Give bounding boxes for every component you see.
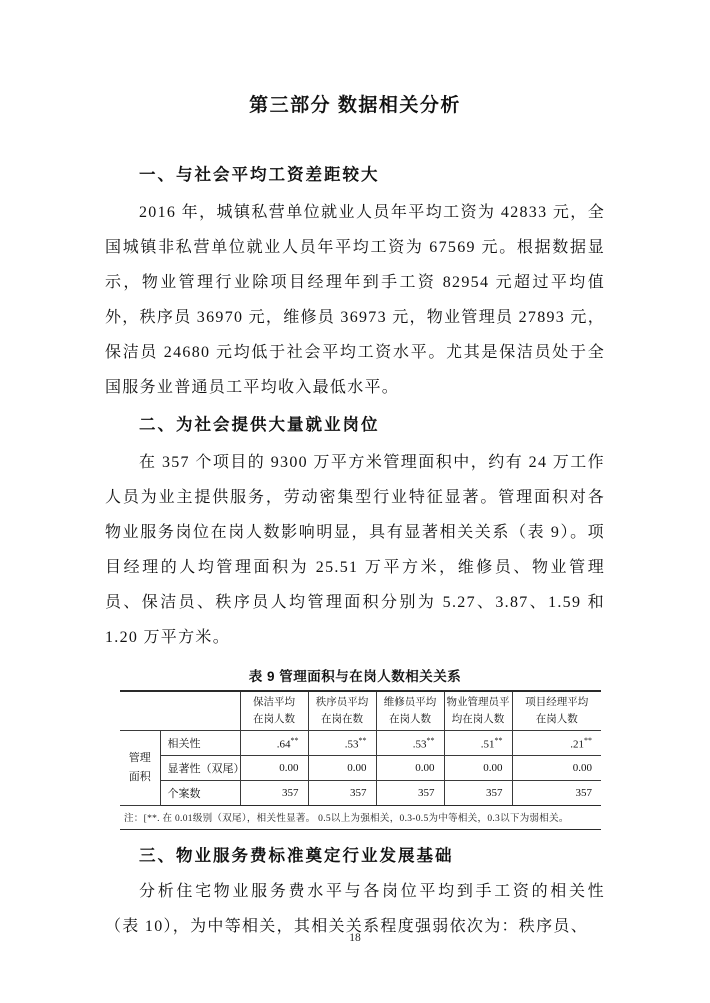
cell-value: .53** (376, 731, 444, 756)
section-1-paragraph: 2016 年，城镇私营单位就业人员年平均工资为 42833 元，全国城镇非私营单… (105, 195, 605, 405)
cell-value: 357 (376, 781, 444, 806)
cell-value: .21** (512, 731, 601, 756)
section-2-paragraph: 在 357 个项目的 9300 万平方米管理面积中，约有 24 万工作人员为业主… (105, 445, 605, 655)
cell-value: 0.00 (512, 756, 601, 781)
cell-value: 357 (308, 781, 376, 806)
col-header-property-admin: 物业管理员平 均在岗人数 (444, 691, 512, 731)
col-header-line: 在岗人数 (377, 711, 444, 728)
col-header-line: 项目经理平均 (513, 694, 602, 711)
col-header-line: 均在岗人数 (445, 711, 512, 728)
table-row: 管理 面积 相关性 .64** .53** .53** .51** .21** (120, 731, 601, 756)
col-header-maintenance: 维修员平均 在岗人数 (376, 691, 444, 731)
col-header-line: 维修员平均 (377, 694, 444, 711)
table-9-caption: 表 9 管理面积与在岗人数相关关系 (105, 665, 605, 685)
cell-value: .64** (240, 731, 308, 756)
row-group-line: 管理 (120, 749, 160, 768)
col-header-line: 物业管理员平 (445, 694, 512, 711)
col-header-line: 在岗人数 (513, 711, 602, 728)
table-9-note: 注：[**. 在 0.01级别（双尾），相关性显著。 0.5以上为强相关，0.3… (120, 806, 601, 830)
table-row: 显著性（双尾） 0.00 0.00 0.00 0.00 0.00 (120, 756, 601, 781)
col-header-security: 秩序员平均 在岗在数 (308, 691, 376, 731)
col-header-project-manager: 项目经理平均 在岗人数 (512, 691, 601, 731)
col-header-line: 秩序员平均 (309, 694, 376, 711)
cell-value: 357 (512, 781, 601, 806)
row-group-label: 管理 面积 (120, 731, 160, 806)
col-header-line: 保洁平均 (241, 694, 308, 711)
page-number: 18 (0, 932, 710, 944)
row-label-n-cases: 个案数 (160, 781, 240, 806)
section-3-heading: 三、物业服务费标准奠定行业发展基础 (105, 844, 605, 868)
col-header-line: 在岗在数 (309, 711, 376, 728)
row-label-correlation: 相关性 (160, 731, 240, 756)
table-corner-cell (120, 691, 240, 731)
cell-value: 0.00 (308, 756, 376, 781)
cell-value: 357 (240, 781, 308, 806)
table-9: 保洁平均 在岗人数 秩序员平均 在岗在数 维修员平均 在岗人数 物业管理员平 均… (120, 690, 601, 806)
table-row: 个案数 357 357 357 357 357 (120, 781, 601, 806)
cell-value: 0.00 (376, 756, 444, 781)
col-header-cleaner: 保洁平均 在岗人数 (240, 691, 308, 731)
cell-value: 0.00 (444, 756, 512, 781)
page-content: 一、与社会平均工资差距较大 2016 年，城镇私营单位就业人员年平均工资为 42… (105, 163, 605, 944)
document-page: 第三部分 数据相关分析 一、与社会平均工资差距较大 2016 年，城镇私营单位就… (0, 0, 710, 1003)
table-header-row: 保洁平均 在岗人数 秩序员平均 在岗在数 维修员平均 在岗人数 物业管理员平 均… (120, 691, 601, 731)
cell-value: .53** (308, 731, 376, 756)
section-2-heading: 二、为社会提供大量就业岗位 (105, 413, 605, 437)
cell-value: .51** (444, 731, 512, 756)
cell-value: 357 (444, 781, 512, 806)
row-label-significance: 显著性（双尾） (160, 756, 240, 781)
page-title: 第三部分 数据相关分析 (0, 93, 710, 119)
section-1-heading: 一、与社会平均工资差距较大 (105, 163, 605, 187)
row-group-line: 面积 (120, 768, 160, 787)
cell-value: 0.00 (240, 756, 308, 781)
col-header-line: 在岗人数 (241, 711, 308, 728)
